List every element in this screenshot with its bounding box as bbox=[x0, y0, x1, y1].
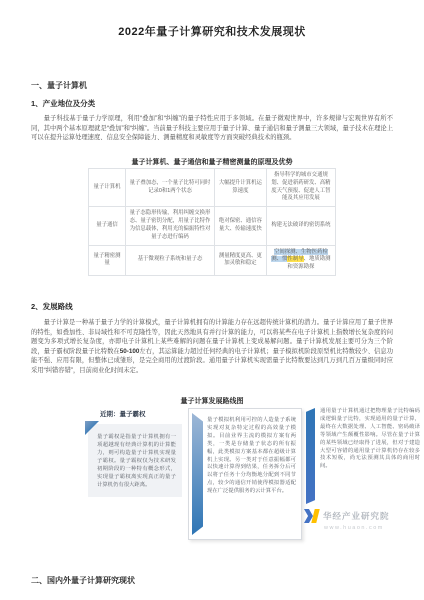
page-title: 2022年量子计算研究和技术发展现状 bbox=[0, 23, 424, 39]
table-cell-application: 构建无法破译的密钥系统 bbox=[266, 207, 335, 245]
watermark-name: 华经产业研究院 bbox=[323, 510, 390, 522]
table-cell-application: 指导科学的城市交通规划、促进新药研发、高精度天气预报、促进人工智能及其应用发展 bbox=[266, 169, 335, 207]
stage1-box: 量子霸权是指量子计算机拥有一项超越现有经典计算机的计算能力，则可构造量子计算机实… bbox=[88, 424, 182, 497]
table-cell-name: 量子通信 bbox=[89, 207, 126, 245]
heading-roadmap: 2、发展路线 bbox=[31, 301, 73, 312]
stage1-text: 量子霸权是指量子计算机拥有一项超越现有经典计算机的计算能力，则可构造量子计算机实… bbox=[97, 434, 176, 488]
stage2-text: 量子模拟机利用可控的人造量子系统实现对复杂特定过程的高效量子模拟。目前业界主流的… bbox=[207, 417, 296, 494]
table-cell-application: 空间探测、生物医药检测、惯性制导、地质勘测和资源勘探 bbox=[266, 245, 335, 275]
table-title: 量子计算机、量子通信和量子精密测量的原理及优势 bbox=[0, 157, 424, 167]
table-row: 量子精密测量 基于微观粒子系统和量子态 测量精度更高、更加灵敏和稳定 空间探测、… bbox=[89, 245, 336, 275]
table-row: 量子通信 量子态隐形传输，利用纠缠交换形态、量子密钥分配，用量子比特作为信息载体… bbox=[89, 207, 336, 245]
bar-icon bbox=[311, 509, 319, 523]
chevron-band-icon bbox=[306, 408, 315, 504]
roadmap-figure: 近期：量子霸权 量子霸权是指量子计算机拥有一项超越现有经典计算机的计算能力，则可… bbox=[88, 408, 420, 548]
roadmap-qubit-range: 50-100 bbox=[120, 348, 140, 355]
paragraph-industry: 量子科技基于量子力学原理，利用“叠加”和“纠缠”的量子特性应用于多领域。在量子微… bbox=[31, 114, 393, 143]
highlighted-text-yellow: 性制导 bbox=[287, 256, 303, 262]
table-row: 量子计算机 量子叠加态，一个量子比特可同时记录0和1两个状态 大幅提升计算机运算… bbox=[89, 169, 336, 207]
table-cell-advantage: 测量精度更高、更加灵敏和稳定 bbox=[214, 245, 266, 275]
watermark-logo-icon bbox=[304, 508, 320, 524]
chevron-band-icon bbox=[192, 413, 203, 535]
table-cell-name: 量子精密测量 bbox=[89, 245, 126, 275]
table-cell-name: 量子计算机 bbox=[89, 169, 126, 207]
watermark: 华经产业研究院 www.huaon.com bbox=[304, 508, 420, 531]
stage1-label: 近期：量子霸权 bbox=[100, 409, 146, 418]
heading-quantum-computer: 一、量子计算机 bbox=[31, 80, 87, 91]
stage2-card: 量子模拟机利用可控的人造量子系统实现对复杂特定过程的高效量子模拟。目前业界主流的… bbox=[188, 408, 302, 540]
table-cell-advantage: 大幅提升计算机运算速度 bbox=[214, 169, 266, 207]
table-cell-advantage: 绝对保密、通信容量大、传输速度快 bbox=[214, 207, 266, 245]
corner-accent-icon bbox=[85, 421, 99, 435]
watermark-url: www.huaon.com bbox=[324, 525, 420, 531]
heading-research-status: 二、国内外量子计算研究现状 bbox=[31, 575, 135, 586]
comparison-table: 量子计算机 量子叠加态，一个量子比特可同时记录0和1两个状态 大幅提升计算机运算… bbox=[88, 168, 336, 276]
table-cell-principle: 基于微观粒子系统和量子态 bbox=[126, 245, 215, 275]
paragraph-roadmap: 量子计算是一种基于量子力学的计算模式，量子计算机拥有的计算能力存在远超传统计算机… bbox=[31, 318, 393, 375]
table-cell-principle: 量子态隐形传输，利用纠缠交换形态、量子密钥分配，用量子比特作为信息载体，利用光的… bbox=[126, 207, 215, 245]
heading-industry-classification: 1、产业地位及分类 bbox=[31, 98, 95, 109]
document-page: 2022年量子计算研究和技术发展现状 一、量子计算机 1、产业地位及分类 量子科… bbox=[0, 0, 424, 600]
stage3-text: 通用量子计算机通过把物理量子比特编码成逻辑量子比特，实现通用的量子计算，最终在大… bbox=[320, 408, 420, 471]
figure-title: 量子计算发展路线图 bbox=[0, 396, 424, 406]
table-cell-principle: 量子叠加态，一个量子比特可同时记录0和1两个状态 bbox=[126, 169, 215, 207]
